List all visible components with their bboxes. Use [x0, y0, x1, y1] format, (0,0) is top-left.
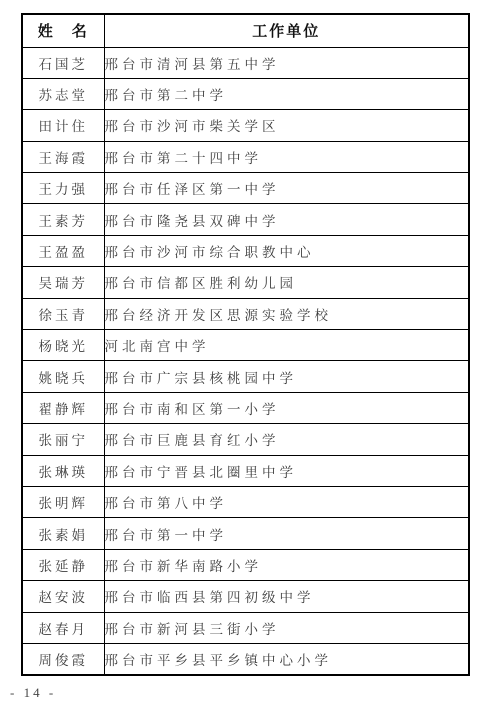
table-body: 石国芝邢台市清河县第五中学苏志堂邢台市第二中学田计住邢台市沙河市柴关学区王海霞邢…	[22, 47, 469, 675]
table-row: 王力强邢台市任泽区第一中学	[22, 173, 469, 204]
table-row: 王海霞邢台市第二十四中学	[22, 141, 469, 172]
unit-cell: 邢台市巨鹿县育红小学	[104, 424, 469, 455]
unit-cell: 邢台市第八中学	[104, 486, 469, 517]
unit-cell: 邢台市广宗县核桃园中学	[104, 361, 469, 392]
unit-cell: 邢台市信都区胜利幼儿园	[104, 267, 469, 298]
table-row: 翟静辉邢台市南和区第一小学	[22, 392, 469, 423]
table-row: 张延静邢台市新华南路小学	[22, 549, 469, 580]
unit-cell: 邢台市隆尧县双碑中学	[104, 204, 469, 235]
name-cell: 苏志堂	[22, 78, 104, 109]
table-row: 王盈盈邢台市沙河市综合职教中心	[22, 235, 469, 266]
unit-cell: 邢台市清河县第五中学	[104, 47, 469, 78]
table-row: 吴瑞芳邢台市信都区胜利幼儿园	[22, 267, 469, 298]
name-cell: 张丽宁	[22, 424, 104, 455]
name-cell: 王素芳	[22, 204, 104, 235]
name-cell: 石国芝	[22, 47, 104, 78]
name-cell: 翟静辉	[22, 392, 104, 423]
header-name-column: 姓 名	[22, 14, 104, 47]
name-cell: 张素娟	[22, 518, 104, 549]
name-cell: 赵春月	[22, 612, 104, 643]
name-cell: 徐玉青	[22, 298, 104, 329]
name-cell: 杨晓光	[22, 330, 104, 361]
table-row: 张明辉邢台市第八中学	[22, 486, 469, 517]
table-row: 徐玉青邢台经济开发区思源实验学校	[22, 298, 469, 329]
table-row: 王素芳邢台市隆尧县双碑中学	[22, 204, 469, 235]
table-row: 赵春月邢台市新河县三街小学	[22, 612, 469, 643]
unit-cell: 邢台市新华南路小学	[104, 549, 469, 580]
unit-cell: 邢台市平乡县平乡镇中心小学	[104, 643, 469, 674]
table-row: 张琳瑛邢台市宁晋县北圈里中学	[22, 455, 469, 486]
page-number: - 14 -	[10, 685, 56, 701]
name-cell: 王盈盈	[22, 235, 104, 266]
table-row: 杨晓光河北南宫中学	[22, 330, 469, 361]
table-row: 张素娟邢台市第一中学	[22, 518, 469, 549]
unit-cell: 邢台市临西县第四初级中学	[104, 581, 469, 612]
header-unit-column: 工作单位	[104, 14, 469, 47]
unit-cell: 邢台市沙河市综合职教中心	[104, 235, 469, 266]
table-row: 苏志堂邢台市第二中学	[22, 78, 469, 109]
name-cell: 周俊霞	[22, 643, 104, 674]
name-cell: 张延静	[22, 549, 104, 580]
name-cell: 吴瑞芳	[22, 267, 104, 298]
name-cell: 王海霞	[22, 141, 104, 172]
table-row: 田计住邢台市沙河市柴关学区	[22, 110, 469, 141]
unit-cell: 邢台市南和区第一小学	[104, 392, 469, 423]
unit-cell: 邢台市第二十四中学	[104, 141, 469, 172]
unit-cell: 邢台市第二中学	[104, 78, 469, 109]
table-row: 石国芝邢台市清河县第五中学	[22, 47, 469, 78]
name-cell: 张琳瑛	[22, 455, 104, 486]
unit-cell: 河北南宫中学	[104, 330, 469, 361]
unit-cell: 邢台市任泽区第一中学	[104, 173, 469, 204]
name-cell: 张明辉	[22, 486, 104, 517]
table-row: 姚晓兵邢台市广宗县核桃园中学	[22, 361, 469, 392]
table-row: 张丽宁邢台市巨鹿县育红小学	[22, 424, 469, 455]
roster-table: 姓 名 工作单位 石国芝邢台市清河县第五中学苏志堂邢台市第二中学田计住邢台市沙河…	[21, 13, 470, 676]
table-header-row: 姓 名 工作单位	[22, 14, 469, 47]
table-row: 周俊霞邢台市平乡县平乡镇中心小学	[22, 643, 469, 674]
name-cell: 王力强	[22, 173, 104, 204]
unit-cell: 邢台市宁晋县北圈里中学	[104, 455, 469, 486]
unit-cell: 邢台经济开发区思源实验学校	[104, 298, 469, 329]
name-cell: 田计住	[22, 110, 104, 141]
table-row: 赵安波邢台市临西县第四初级中学	[22, 581, 469, 612]
unit-cell: 邢台市第一中学	[104, 518, 469, 549]
unit-cell: 邢台市沙河市柴关学区	[104, 110, 469, 141]
name-cell: 姚晓兵	[22, 361, 104, 392]
name-cell: 赵安波	[22, 581, 104, 612]
unit-cell: 邢台市新河县三街小学	[104, 612, 469, 643]
